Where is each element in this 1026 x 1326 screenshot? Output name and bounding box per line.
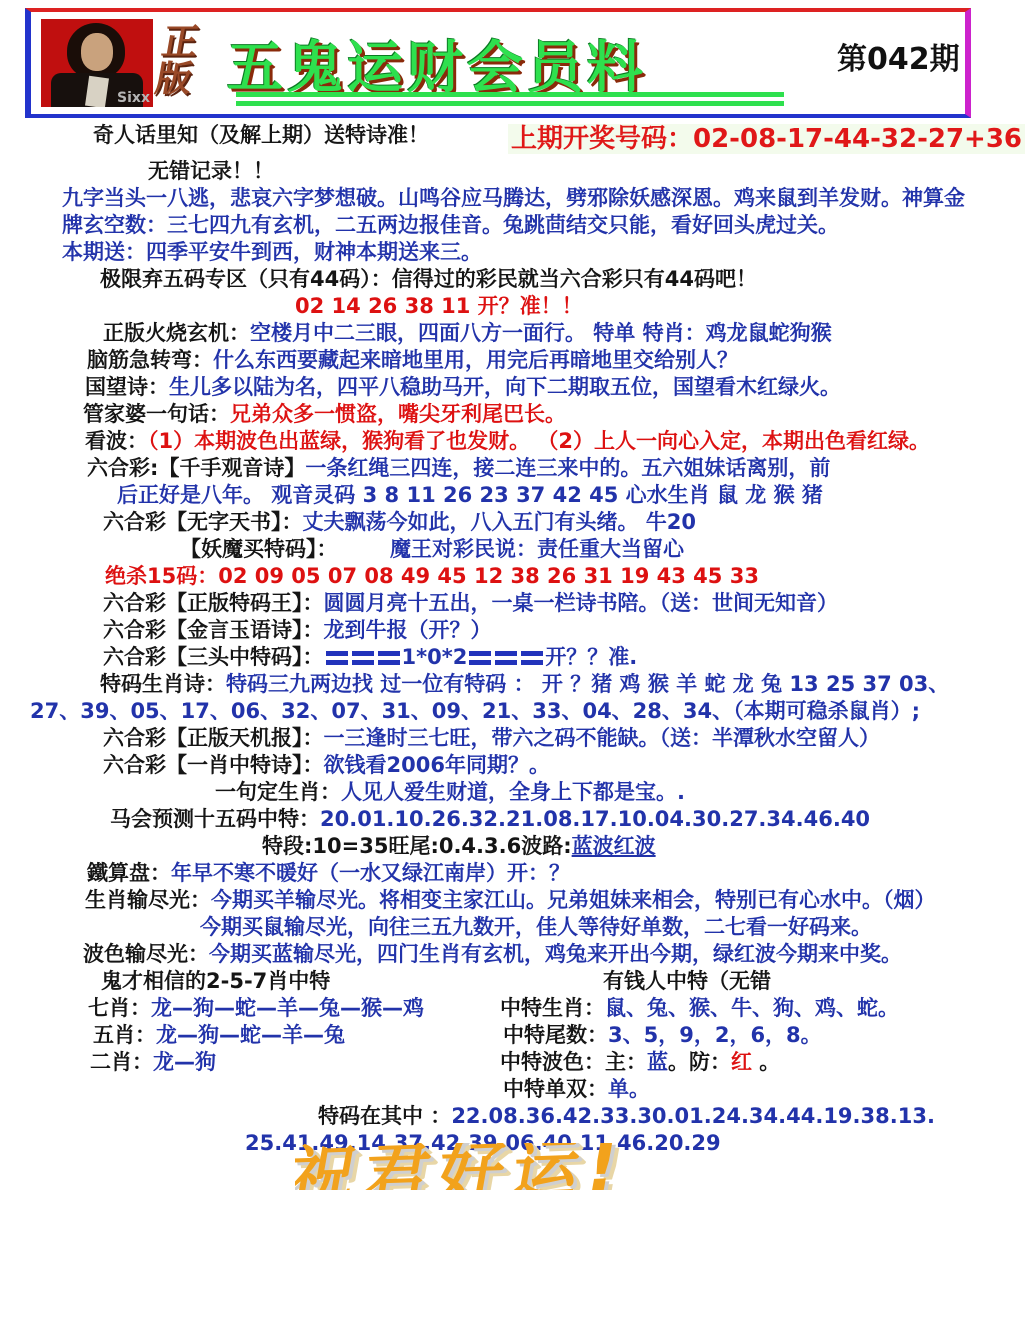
text-line: 马会预测十五码中特：20.01.10.26.32.21.08.17.10.04.…: [0, 806, 1026, 833]
title-underline: [236, 92, 784, 97]
title-underline: [236, 101, 784, 106]
portrait-photo: Sixx: [41, 19, 153, 107]
text-line: 一句定生肖：人见人爱生财道，全身上下都是宝。.: [0, 779, 1026, 806]
text-line: 六合彩【正版特码王】：圆圆月亮十五出，一桌一栏诗书陪。（送：世间无知音）: [0, 590, 1026, 617]
text-line: 02 14 26 38 11 开？准！！: [0, 293, 1026, 320]
text-segment: 特码生肖诗：: [100, 672, 226, 696]
text-segment: 无错记录！！: [148, 159, 274, 183]
text-segment: 什么东西要藏起来暗地里用，用完后再暗地里交给别人？: [213, 348, 738, 372]
line-part: 今期买鼠输尽光，向往三五九数开，佳人等待好单数，二七看一好码来。: [200, 914, 872, 941]
text-segment: 开？？准.: [545, 645, 637, 669]
text-line: 【妖魔买特码】：魔王对彩民说：责任重大当留心: [0, 536, 1026, 563]
line-part: 六合彩【无字天书】：丈夫飘荡今如此，八入五门有头绪。 牛20: [103, 509, 696, 536]
text-line: 奇人话里知（及解上期）送特诗准！上期开奖号码：02-08-17-44-32-27…: [0, 122, 1026, 158]
line-part: 波色输尽光：今期买蓝输尽光，四门生肖有玄机，鸡兔来开出今期，绿红波今期来中奖。: [83, 941, 902, 968]
line-part: 中特波色：主：蓝。防：红 。: [500, 1049, 780, 1076]
line-part: 中特生肖：鼠、兔、猴、牛、狗、鸡、蛇。: [500, 995, 899, 1022]
line-part: 六合彩【正版特码王】：圆圆月亮十五出，一桌一栏诗书陪。（送：世间无知音）: [103, 590, 838, 617]
portrait-face: [81, 33, 113, 71]
line-part: 后正好是八年。 观音灵码 3 8 11 26 23 37 42 45 心水生肖 …: [117, 482, 823, 509]
text-segment: 中特单双：: [503, 1077, 608, 1101]
text-line: 特段:10=35旺尾:0.4.3.6波路:蓝波红波: [0, 833, 1026, 860]
line-part: 牌玄空数：三七四九有玄机，二五两边报佳音。兔跳茴结交只能，看好回头虎过关。: [62, 212, 839, 239]
text-segment: 今期买羊输尽光。将相变主家江山。兄弟姐妹来相会，特别已有心水中。（烟）: [211, 888, 936, 912]
text-segment: 主：: [605, 1050, 647, 1074]
line-part: 一句定生肖：人见人爱生财道，全身上下都是宝。.: [215, 779, 685, 806]
double-bar-icon: [352, 651, 374, 665]
text-line: 极限弃五码专区（只有44码）：信得过的彩民就当六合彩只有44码吧！: [0, 266, 1026, 293]
text-line: 今期买鼠输尽光，向往三五九数开，佳人等待好单数，二七看一好码来。: [0, 914, 1026, 941]
text-line: 生肖输尽光：今期买羊输尽光。将相变主家江山。兄弟姐妹来相会，特别已有心水中。（烟…: [0, 887, 1026, 914]
text-segment: 中特尾数：: [503, 1023, 608, 1047]
text-segment: 空楼月中二三眼，四面八方一面行。 特单 特肖：鸡龙鼠蛇狗猴: [250, 321, 832, 345]
text-segment: 上期开奖号码：02-08-17-44-32-27+36: [508, 124, 1025, 154]
text-line: 九字当头一八逃，悲哀六字梦想破。山鸣谷应马腾达，劈邪除妖感深恩。鸡来鼠到羊发财。…: [0, 185, 1026, 212]
text-line: 正版火烧玄机：空楼月中二三眼，四面八方一面行。 特单 特肖：鸡龙鼠蛇狗猴: [0, 320, 1026, 347]
tip-sheet-page: Sixx 正版 五鬼运财会员料 第042期 奇人话里知（及解上期）送特诗准！上期…: [0, 0, 1026, 1326]
line-part: 六合彩【正版天机报】：一三逢时三七旺，带六之码不能缺。（送：半潭秋水空留人）: [103, 725, 880, 752]
text-line: 牌玄空数：三七四九有玄机，二五两边报佳音。兔跳茴结交只能，看好回头虎过关。: [0, 212, 1026, 239]
text-segment: 五肖：: [93, 1023, 156, 1047]
body-text-block: 奇人话里知（及解上期）送特诗准！上期开奖号码：02-08-17-44-32-27…: [0, 122, 1026, 1157]
text-segment: 正版火烧玄机：: [103, 321, 250, 345]
text-line: 特码在其中 ：22.08.36.42.33.30.01.24.34.44.19.…: [0, 1103, 1026, 1130]
text-line: 鬼才相信的2-5-7肖中特有钱人中特（无错: [0, 968, 1026, 995]
text-line: 脑筋急转弯：什么东西要藏起来暗地里用，用完后再暗地里交给别人？: [0, 347, 1026, 374]
text-line: 六合彩【无字天书】：丈夫飘荡今如此，八入五门有头绪。 牛20: [0, 509, 1026, 536]
text-segment: 。: [668, 1050, 689, 1074]
text-segment: 六合彩【无字天书】：: [103, 510, 303, 534]
text-line: 二肖：龙—狗中特波色：主：蓝。防：红 。: [0, 1049, 1026, 1076]
text-segment: 防：: [689, 1050, 731, 1074]
text-segment: 龙到牛报（开？）: [324, 618, 492, 642]
text-line: 六合彩:【千手观音诗】一条红绳三四连，接二连三来中的。五六姐妹话离别，前: [0, 455, 1026, 482]
text-line: 鐵算盘：年早不寒不暖好（一水又绿江南岸）开：？: [0, 860, 1026, 887]
line-part: 上期开奖号码：02-08-17-44-32-27+36: [508, 122, 1025, 156]
line-part: 中特尾数：3、5，9，2，6，8。: [503, 1022, 822, 1049]
text-segment: 七肖：: [88, 996, 151, 1020]
text-segment: 一三逢时三七旺，带六之码不能缺。（送：半潭秋水空留人）: [324, 726, 881, 750]
text-segment: 魔王对彩民说：责任重大当留心: [390, 537, 684, 561]
line-part: 看波：（1）本期波色出蓝绿，猴狗看了也发财。 （2）上人一向心入定，本期出色看红…: [85, 428, 930, 455]
line-part: 绝杀15码：02 09 05 07 08 49 45 12 38 26 31 1…: [105, 563, 759, 590]
text-segment: 27、39、05、17、06、32、07、31、09、21、33、04、28、3…: [30, 699, 920, 723]
line-part: 六合彩【金言玉语诗】：龙到牛报（开？）: [103, 617, 492, 644]
text-segment: 。: [752, 1050, 780, 1074]
text-line: 本期送：四季平安牛到西，财神本期送来三。: [0, 239, 1026, 266]
text-segment: 今期买鼠输尽光，向往三五九数开，佳人等待好单数，二七看一好码来。: [200, 915, 872, 939]
text-line: 绝杀15码：02 09 05 07 08 49 45 12 38 26 31 1…: [0, 563, 1026, 590]
watermark-clip: 祝君好运!: [295, 1143, 755, 1190]
text-segment: 管家婆一句话：: [83, 402, 230, 426]
text-segment: 龙—狗: [153, 1050, 216, 1074]
text-segment: 六合彩:【千手观音诗】: [87, 456, 305, 480]
text-segment: 单。: [608, 1077, 650, 1101]
text-segment: 波色输尽光：: [83, 942, 209, 966]
line-part: 六合彩:【千手观音诗】一条红绳三四连，接二连三来中的。五六姐妹话离别，前: [87, 455, 830, 482]
line-part: 鬼才相信的2-5-7肖中特: [101, 968, 330, 995]
text-segment: 龙—狗—蛇—羊—兔: [156, 1023, 345, 1047]
text-segment: 生儿多以陆为名，四平八稳助马开，向下二期取五位，国望看木红绿火。: [169, 375, 841, 399]
text-line: 六合彩【一肖中特诗】：欲钱看2006年同期？。: [0, 752, 1026, 779]
text-segment: 鼠、兔、猴、牛、狗、鸡、蛇。: [605, 996, 899, 1020]
text-segment: 国望诗：: [85, 375, 169, 399]
text-segment: 【妖魔买特码】：: [180, 537, 338, 561]
text-segment: 六合彩【三头中特码】：: [103, 645, 324, 669]
line-part: 脑筋急转弯：什么东西要藏起来暗地里用，用完后再暗地里交给别人？: [87, 347, 738, 374]
line-part: 鐵算盘：年早不寒不暖好（一水又绿江南岸）开：？: [87, 860, 570, 887]
line-part: 国望诗：生儿多以陆为名，四平八稳助马开，向下二期取五位，国望看木红绿火。: [85, 374, 841, 401]
photo-caption: Sixx: [117, 90, 150, 106]
text-segment: 特段:10=35旺尾:0.4.3.6波路:: [262, 834, 572, 858]
text-segment: 1*0*2: [402, 645, 468, 669]
text-line: 管家婆一句话：兄弟众多一惯盗，嘴尖牙利尾巴长。: [0, 401, 1026, 428]
line-part: 极限弃五码专区（只有44码）：信得过的彩民就当六合彩只有44码吧！: [100, 266, 757, 293]
text-segment: 有钱人中特（无错: [603, 969, 771, 993]
line-part: 本期送：四季平安牛到西，财神本期送来三。: [62, 239, 482, 266]
text-segment: 年早不寒不暖好（一水又绿江南岸）开：？: [171, 861, 570, 885]
line-part: 无错记录！！: [148, 158, 274, 185]
line-part: 中特单双：单。: [503, 1076, 650, 1103]
text-line: 七肖：龙—狗—蛇—羊—兔—猴—鸡中特生肖：鼠、兔、猴、牛、狗、鸡、蛇。: [0, 995, 1026, 1022]
text-segment: 蓝: [647, 1050, 668, 1074]
text-segment: 鐵算盘：: [87, 861, 171, 885]
text-segment: 3、5，9，2，6，8。: [608, 1023, 822, 1047]
text-segment: 20.01.10.26.32.21.08.17.10.04.30.27.34.4…: [320, 807, 870, 831]
text-segment: 龙—狗—蛇—羊—兔—猴—鸡: [151, 996, 424, 1020]
double-bar-icon: [469, 651, 491, 665]
text-line: 无错记录！！: [0, 158, 1026, 185]
line-part: 奇人话里知（及解上期）送特诗准！: [93, 122, 429, 149]
text-line: 六合彩【三头中特码】：1*0*2开？？准.: [0, 644, 1026, 671]
line-part: 正版火烧玄机：空楼月中二三眼，四面八方一面行。 特单 特肖：鸡龙鼠蛇狗猴: [103, 320, 832, 347]
text-segment: 后正好是八年。 观音灵码 3 8 11 26 23 37 42 45 心水生肖 …: [117, 483, 823, 507]
text-segment: 特码三九两边找 过一位有特码 ： 开 ？猪 鸡 猴 羊 蛇 龙 兔 13 25 …: [226, 672, 949, 696]
text-segment: 丈夫飘荡今如此，八入五门有头绪。 牛20: [303, 510, 697, 534]
text-segment: 六合彩【正版特码王】：: [103, 591, 324, 615]
line-part: 七肖：龙—狗—蛇—羊—兔—猴—鸡: [88, 995, 424, 1022]
watermark-text: 祝君好运!: [295, 1143, 755, 1190]
text-segment: 一句定生肖：: [215, 780, 341, 804]
edition-label: 正版: [152, 24, 209, 98]
line-part: 六合彩【一肖中特诗】：欲钱看2006年同期？。: [103, 752, 550, 779]
text-line: 六合彩【正版天机报】：一三逢时三七旺，带六之码不能缺。（送：半潭秋水空留人）: [0, 725, 1026, 752]
text-segment: 中特生肖：: [500, 996, 605, 1020]
text-segment: 生肖输尽光：: [85, 888, 211, 912]
issue-number: 第042期: [837, 34, 960, 78]
text-segment: 马会预测十五码中特：: [110, 807, 320, 831]
line-part: 五肖：龙—狗—蛇—羊—兔: [93, 1022, 345, 1049]
text-segment: 人见人爱生财道，全身上下都是宝。.: [341, 780, 685, 804]
line-part: 管家婆一句话：兄弟众多一惯盗，嘴尖牙利尾巴长。: [83, 401, 566, 428]
header-banner: Sixx 正版 五鬼运财会员料 第042期: [25, 8, 971, 118]
line-part: 马会预测十五码中特：20.01.10.26.32.21.08.17.10.04.…: [110, 806, 870, 833]
text-line: 波色输尽光：今期买蓝输尽光，四门生肖有玄机，鸡兔来开出今期，绿红波今期来中奖。: [0, 941, 1026, 968]
text-segment: 六合彩【正版天机报】：: [103, 726, 324, 750]
text-segment: 极限弃五码专区（只有44码）：信得过的彩民就当六合彩只有44码吧！: [100, 267, 757, 291]
line-part: 有钱人中特（无错: [603, 968, 771, 995]
text-segment: 二肖：: [90, 1050, 153, 1074]
text-segment: 圆圆月亮十五出，一桌一栏诗书陪。（送：世间无知音）: [324, 591, 839, 615]
line-part: 二肖：龙—狗: [90, 1049, 216, 1076]
line-part: 生肖输尽光：今期买羊输尽光。将相变主家江山。兄弟姐妹来相会，特别已有心水中。（烟…: [85, 887, 936, 914]
text-segment: 绝杀15码：02 09 05 07 08 49 45 12 38 26 31 1…: [105, 564, 759, 588]
text-segment: 今期买蓝输尽光，四门生肖有玄机，鸡兔来开出今期，绿红波今期来中奖。: [209, 942, 902, 966]
text-segment: 六合彩【一肖中特诗】：: [103, 753, 324, 777]
text-line: 五肖：龙—狗—蛇—羊—兔中特尾数：3、5，9，2，6，8。: [0, 1022, 1026, 1049]
double-bar-icon: [495, 651, 517, 665]
line-part: 27、39、05、17、06、32、07、31、09、21、33、04、28、3…: [30, 698, 920, 725]
line-part: 特段:10=35旺尾:0.4.3.6波路:蓝波红波: [262, 833, 656, 860]
text-segment: 蓝波红波: [572, 834, 656, 858]
text-segment: 鬼才相信的2-5-7肖中特: [101, 969, 330, 993]
text-segment: 特码在其中 ：: [318, 1104, 451, 1128]
line-part: 六合彩【三头中特码】：1*0*2开？？准.: [103, 644, 637, 671]
double-bar-icon: [326, 651, 348, 665]
text-segment: 一条红绳三四连，接二连三来中的。五六姐妹话离别，前: [305, 456, 830, 480]
double-bar-icon: [378, 651, 400, 665]
text-segment: 中特波色：: [500, 1050, 605, 1074]
text-line: 看波：（1）本期波色出蓝绿，猴狗看了也发财。 （2）上人一向心入定，本期出色看红…: [0, 428, 1026, 455]
text-line: 六合彩【金言玉语诗】：龙到牛报（开？）: [0, 617, 1026, 644]
text-segment: 红: [731, 1050, 752, 1074]
text-segment: 脑筋急转弯：: [87, 348, 213, 372]
line-part: 特码在其中 ：22.08.36.42.33.30.01.24.34.44.19.…: [318, 1103, 935, 1130]
text-segment: 看波：: [85, 429, 148, 453]
text-segment: 22.08.36.42.33.30.01.24.34.44.19.38.13.: [451, 1104, 935, 1128]
line-part: 九字当头一八逃，悲哀六字梦想破。山鸣谷应马腾达，劈邪除妖感深恩。鸡来鼠到羊发财。…: [62, 185, 965, 212]
text-line: 27、39、05、17、06、32、07、31、09、21、33、04、28、3…: [0, 698, 1026, 725]
text-segment: 兄弟众多一惯盗，嘴尖牙利尾巴长。: [230, 402, 566, 426]
text-segment: 欲钱看2006年同期？。: [324, 753, 550, 777]
line-part: 【妖魔买特码】：: [180, 536, 338, 563]
text-segment: （1）本期波色出蓝绿，猴狗看了也发财。 （2）上人一向心入定，本期出色看红绿。: [148, 429, 930, 453]
text-line: 后正好是八年。 观音灵码 3 8 11 26 23 37 42 45 心水生肖 …: [0, 482, 1026, 509]
text-line: 中特单双：单。: [0, 1076, 1026, 1103]
text-segment: 六合彩【金言玉语诗】：: [103, 618, 324, 642]
double-bar-icon: [521, 651, 543, 665]
text-segment: 九字当头一八逃，悲哀六字梦想破。山鸣谷应马腾达，劈邪除妖感深恩。鸡来鼠到羊发财。…: [62, 186, 965, 210]
text-line: 国望诗：生儿多以陆为名，四平八稳助马开，向下二期取五位，国望看木红绿火。: [0, 374, 1026, 401]
line-part: 魔王对彩民说：责任重大当留心: [390, 536, 684, 563]
portrait-scarf: [85, 76, 109, 107]
text-line: 特码生肖诗：特码三九两边找 过一位有特码 ： 开 ？猪 鸡 猴 羊 蛇 龙 兔 …: [0, 671, 1026, 698]
line-part: 02 14 26 38 11 开？准！！: [295, 293, 583, 320]
text-segment: 奇人话里知（及解上期）送特诗准！: [93, 123, 429, 147]
text-segment: 02 14 26 38 11 开？准！！: [295, 294, 583, 318]
text-segment: 牌玄空数：三七四九有玄机，二五两边报佳音。兔跳茴结交只能，看好回头虎过关。: [62, 213, 839, 237]
text-segment: 本期送：四季平安牛到西，财神本期送来三。: [62, 240, 482, 264]
line-part: 特码生肖诗：特码三九两边找 过一位有特码 ： 开 ？猪 鸡 猴 羊 蛇 龙 兔 …: [100, 671, 949, 698]
